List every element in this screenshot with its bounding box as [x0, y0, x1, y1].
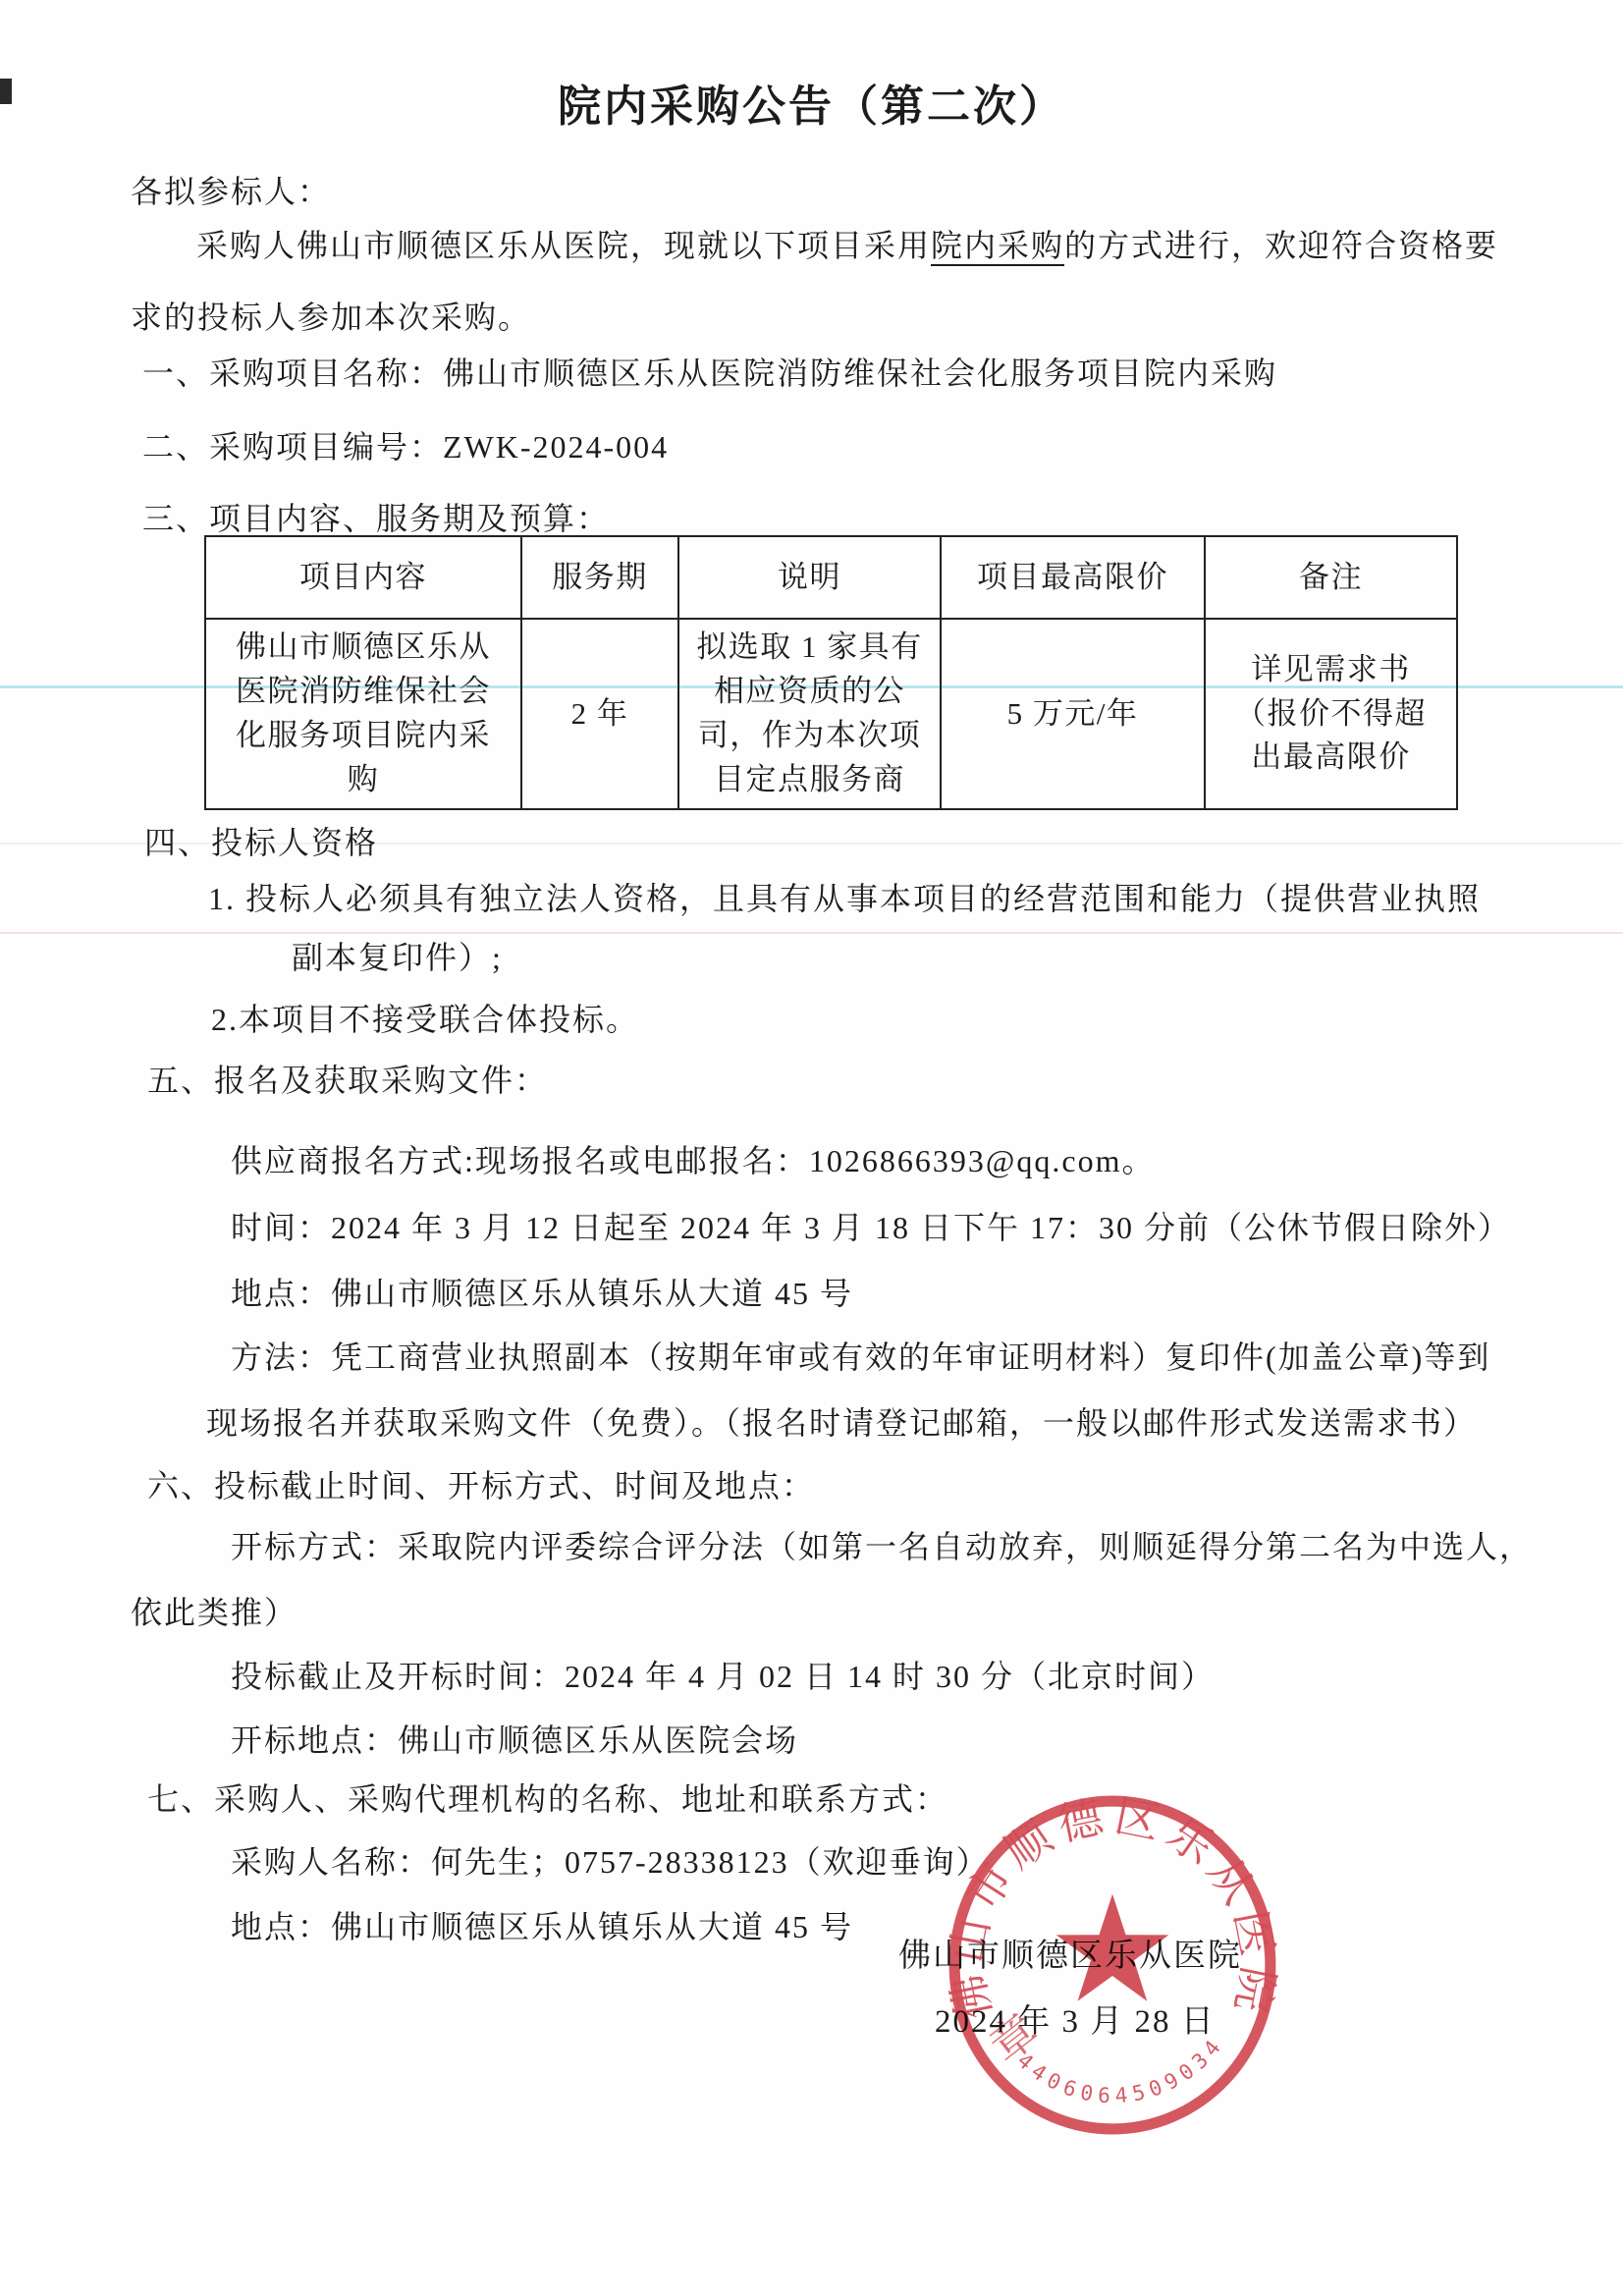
table-header-service-period: 服务期	[521, 536, 678, 619]
cell-project-content: 佛山市顺德区乐从医院消防维保社会化服务项目院内采购	[205, 619, 521, 809]
cell-max-price: 5 万元/年	[941, 619, 1205, 809]
cell-remarks: 详见需求书（报价不得超出最高限价	[1205, 619, 1457, 809]
section-5-line-time: 时间：2024 年 3 月 12 日起至 2024 年 3 月 18 日下午 1…	[231, 1203, 1511, 1248]
cell-description: 拟选取 1 家具有相应资质的公司，作为本次项目定点服务商	[678, 619, 941, 809]
section-4-heading: 四、投标人资格	[144, 818, 378, 863]
section-7-line-contact: 采购人名称：何先生；0757-28338123（欢迎垂询）	[231, 1837, 990, 1883]
section-6-line-method-1: 开标方式：采取院内评委综合评分法（如第一名自动放弃，则顺延得分第二名为中选人，	[231, 1522, 1533, 1567]
section-2-project-number: 二、采购项目编号：ZWK-2024-004	[142, 422, 669, 467]
intro-post: 的方式进行，欢迎符合资格要	[1064, 228, 1498, 263]
intro-line-2: 求的投标人参加本次采购。	[131, 293, 531, 338]
section-6-line-deadline: 投标截止及开标时间：2024 年 4 月 02 日 14 时 30 分（北京时间…	[231, 1652, 1215, 1697]
table-row: 佛山市顺德区乐从医院消防维保社会化服务项目院内采购 2 年 拟选取 1 家具有相…	[205, 619, 1457, 809]
section-5-heading: 五、报名及获取采购文件：	[147, 1056, 548, 1101]
section-5-line-location: 地点：佛山市顺德区乐从镇乐从大道 45 号	[231, 1269, 853, 1314]
section-6-line-method-2: 依此类推）	[131, 1588, 298, 1633]
page-title: 院内采购公告（第二次）	[0, 71, 1623, 134]
section-4-item-1-line-2: 副本复印件）;	[292, 933, 503, 978]
document-page: 院内采购公告（第二次） 各拟参标人： 采购人佛山市顺德区乐从医院，现就以下项目采…	[0, 0, 1623, 2296]
section-4-item-2: 2.本项目不接受联合体投标。	[211, 995, 639, 1040]
table-header-content: 项目内容	[205, 536, 521, 619]
section-4-item-1-line-1: 1. 投标人必须具有独立法人资格，且具有从事本项目的经营范围和能力（提供营业执照	[208, 874, 1481, 919]
intro-line-1: 采购人佛山市顺德区乐从医院，现就以下项目采用院内采购的方式进行，欢迎符合资格要	[196, 221, 1498, 266]
project-table: 项目内容 服务期 说明 项目最高限价 备注 佛山市顺德区乐从医院消防维保社会化服…	[204, 535, 1458, 810]
intro-underlined: 院内采购	[931, 228, 1064, 266]
seal-star-icon	[1056, 1894, 1169, 2001]
table-header-remarks: 备注	[1205, 536, 1457, 619]
table-header-description: 说明	[678, 536, 941, 619]
section-6-line-venue: 开标地点：佛山市顺德区乐从医院会场	[231, 1716, 798, 1761]
salutation: 各拟参标人：	[131, 167, 331, 212]
section-6-heading: 六、投标截止时间、开标方式、时间及地点：	[147, 1461, 815, 1506]
section-7-heading: 七、采购人、采购代理机构的名称、地址和联系方式：	[147, 1775, 948, 1820]
section-3-heading: 三、项目内容、服务期及预算：	[142, 494, 610, 539]
section-5-line-method-1: 方法：凭工商营业执照副本（按期年审或有效的年审证明材料）复印件(加盖公章)等到	[231, 1333, 1490, 1378]
section-1-project-name: 一、采购项目名称：佛山市顺德区乐从医院消防维保社会化服务项目院内采购	[142, 349, 1277, 394]
intro-pre: 采购人佛山市顺德区乐从医院，现就以下项目采用	[196, 228, 931, 263]
table-header-max-price: 项目最高限价	[941, 536, 1205, 619]
section-5-line-registration: 供应商报名方式:现场报名或电邮报名：1026866393@qq.com。	[231, 1136, 1155, 1181]
section-5-line-method-2: 现场报名并获取采购文件（免费）。（报名时请登记邮箱，一般以邮件形式发送需求书）	[206, 1398, 1477, 1444]
scan-artifact-pink-line	[0, 932, 1623, 934]
table-header-row: 项目内容 服务期 说明 项目最高限价 备注	[205, 536, 1457, 619]
official-seal: 佛山市顺德区乐从医院 4406064509034 章	[935, 1787, 1290, 2143]
section-7-line-address: 地点：佛山市顺德区乐从镇乐从大道 45 号	[231, 1902, 853, 1947]
cell-service-period: 2 年	[521, 619, 678, 809]
